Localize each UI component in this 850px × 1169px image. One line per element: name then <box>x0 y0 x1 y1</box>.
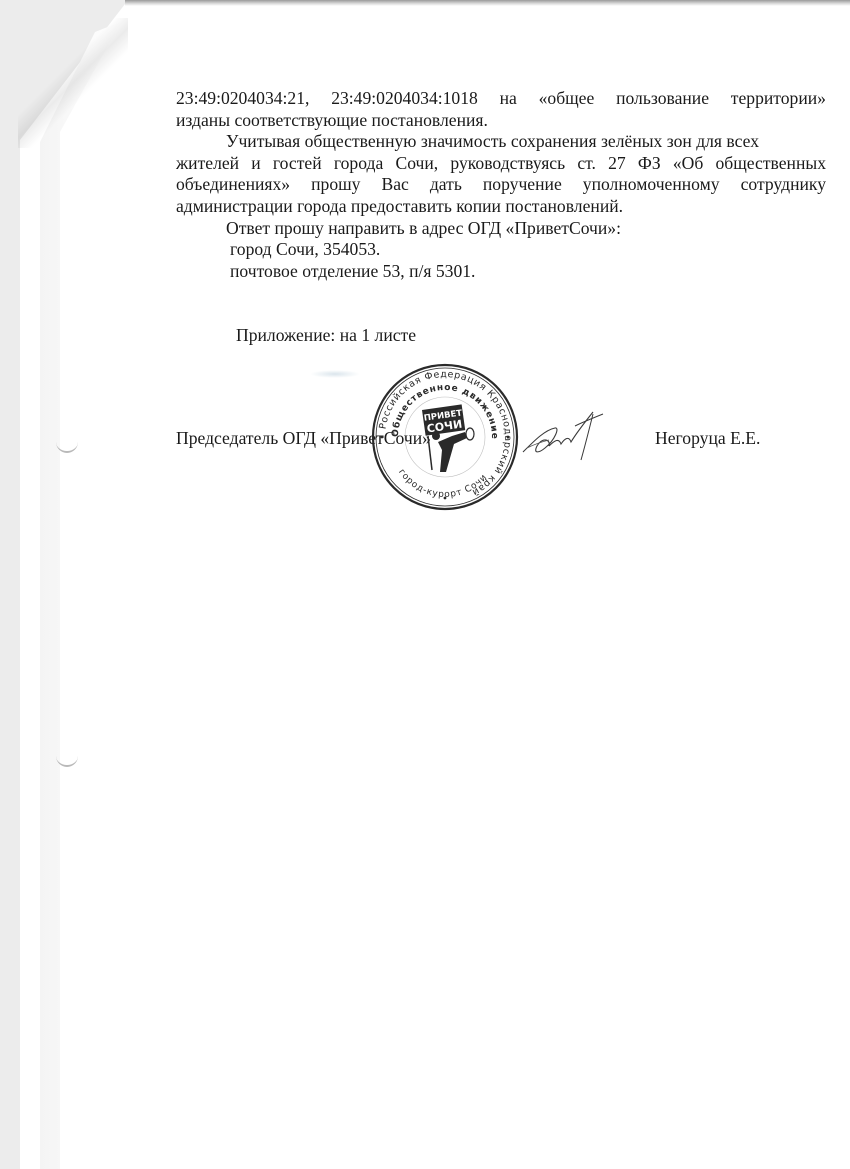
text-word: «общее <box>539 88 595 108</box>
organization-stamp-icon: Российская Федерация Краснодарский край … <box>370 362 520 512</box>
fold-shadow <box>18 18 128 148</box>
address-line-2: почтовое отделение 53, п/я 5301. <box>176 261 826 283</box>
paragraph-2-line-4: администрации города предоставить копии … <box>176 196 826 218</box>
paragraph-1-line-1: 23:49:0204034:21, 23:49:0204034:1018 на … <box>176 88 826 110</box>
attachment-note: Приложение: на 1 листе <box>236 325 416 346</box>
text-word: пользование <box>616 88 709 108</box>
scan-smudge <box>310 370 360 378</box>
reply-request-line: Ответ прошу направить в адрес ОГД «Приве… <box>176 218 826 240</box>
paragraph-2-line-3: объединениях» прошу Вас дать поручение у… <box>176 174 826 196</box>
address-line-1: город Сочи, 354053. <box>176 239 826 261</box>
cadastral-number-2: 23:49:0204034:1018 <box>331 88 478 108</box>
signer-name: Негоруца Е.Е. <box>655 428 760 449</box>
cadastral-number-1: 23:49:0204034:21, <box>176 88 309 108</box>
paper-top-edge-shadow <box>125 0 850 6</box>
paragraph-2-line-2: жителей и гостей города Сочи, руководств… <box>176 153 826 175</box>
paragraph-2-line-1: Учитывая общественную значимость сохране… <box>176 131 826 153</box>
text-word: территории» <box>731 88 826 108</box>
letter-body: 23:49:0204034:21, 23:49:0204034:1018 на … <box>176 88 826 282</box>
text-word: на <box>500 88 517 108</box>
paragraph-1-line-2: изданы соответствующие постановления. <box>176 110 826 132</box>
handwritten-signature-icon <box>515 400 610 470</box>
